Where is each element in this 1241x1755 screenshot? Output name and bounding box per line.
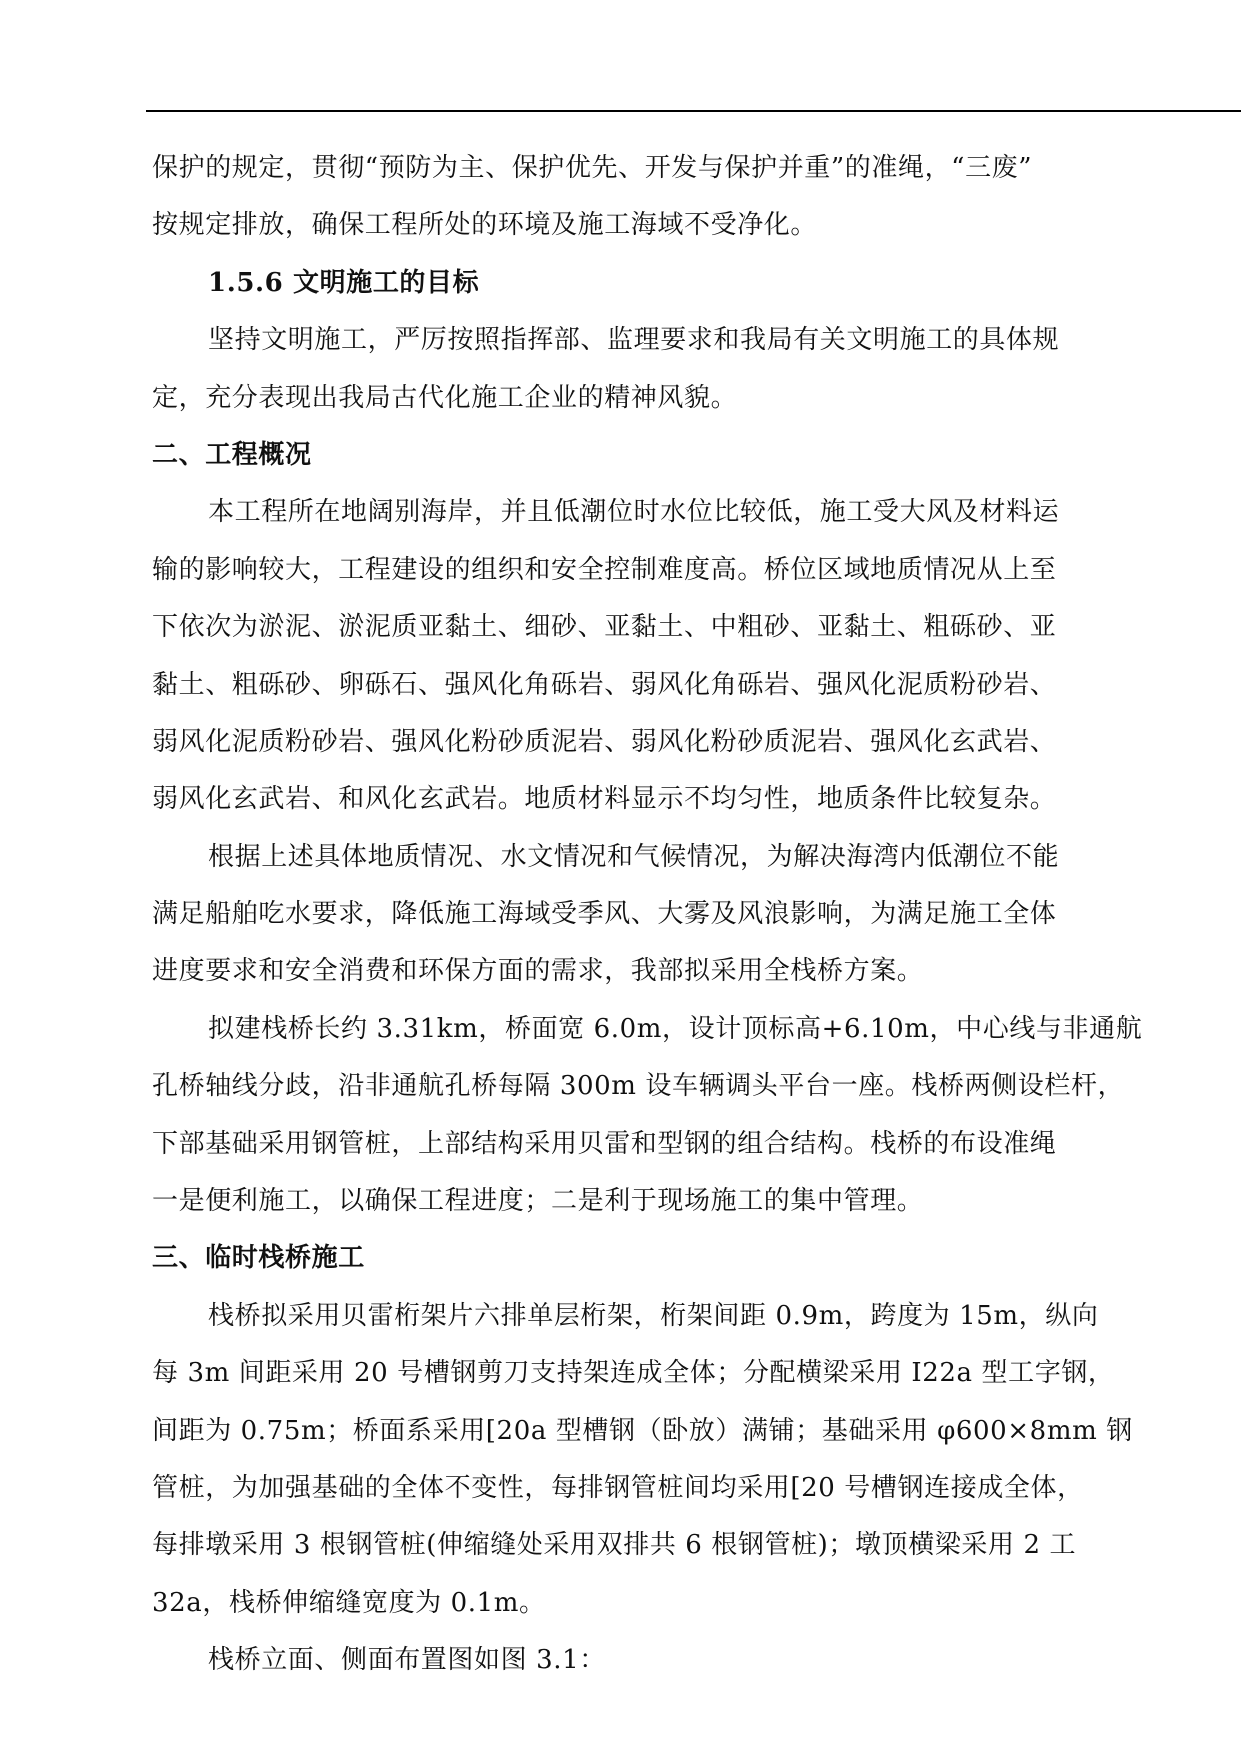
- figure-reference-line: 栈桥立面、侧面布置图如图 3.1：: [152, 1632, 1072, 1689]
- paragraph-line: 进度要求和安全消费和环保方面的需求，我部拟采用全栈桥方案。: [152, 943, 1072, 1000]
- section-heading-2: 二、工程概况: [152, 427, 1072, 484]
- paragraph-line: 每 3m 间距采用 20 号槽钢剪刀支持架连成全体；分配横梁采用 I22a 型工…: [152, 1345, 1072, 1402]
- section-heading-3: 三、临时栈桥施工: [152, 1230, 1072, 1287]
- paragraph-line: 黏土、粗砾砂、卵砾石、强风化角砾岩、弱风化角砾岩、强风化泥质粉砂岩、: [152, 657, 1072, 714]
- paragraph-line: 拟建栈桥长约 3.31km，桥面宽 6.0m，设计顶标高+6.10m，中心线与非…: [152, 1001, 1072, 1058]
- paragraph-line: 根据上述具体地质情况、水文情况和气候情况，为解决海湾内低潮位不能: [152, 829, 1072, 886]
- paragraph-line: 坚持文明施工，严厉按照指挥部、监理要求和我局有关文明施工的具体规: [152, 312, 1072, 369]
- paragraph-line: 间距为 0.75m；桥面系采用[20a 型槽钢（卧放）满铺；基础采用 φ600×…: [152, 1403, 1072, 1460]
- paragraph-line: 下依次为淤泥、淤泥质亚黏土、细砂、亚黏土、中粗砂、亚黏土、粗砾砂、亚: [152, 599, 1072, 656]
- paragraph-line: 保护的规定，贯彻“预防为主、保护优先、开发与保护并重”的准绳，“三废”: [152, 140, 1072, 197]
- paragraph-line: 每排墩采用 3 根钢管桩(伸缩缝处采用双排共 6 根钢管桩)；墩顶横梁采用 2 …: [152, 1517, 1072, 1574]
- header-rule: [146, 110, 1241, 112]
- paragraph-line: 本工程所在地阔别海岸，并且低潮位时水位比较低，施工受大风及材料运: [152, 484, 1072, 541]
- paragraph-line: 下部基础采用钢管桩，上部结构采用贝雷和型钢的组合结构。栈桥的布设准绳: [152, 1116, 1072, 1173]
- paragraph-line: 满足船舶吃水要求，降低施工海域受季风、大雾及风浪影响，为满足施工全体: [152, 886, 1072, 943]
- paragraph-line: 弱风化泥质粉砂岩、强风化粉砂质泥岩、弱风化粉砂质泥岩、强风化玄武岩、: [152, 714, 1072, 771]
- document-body: 保护的规定，贯彻“预防为主、保护优先、开发与保护并重”的准绳，“三废” 按规定排…: [152, 140, 1072, 1690]
- paragraph-line: 栈桥拟采用贝雷桁架片六排单层桁架，桁架间距 0.9m，跨度为 15m，纵向: [152, 1288, 1072, 1345]
- section-heading-1-5-6: 1.5.6 文明施工的目标: [152, 255, 1072, 312]
- paragraph-line: 按规定排放，确保工程所处的环境及施工海域不受净化。: [152, 197, 1072, 254]
- paragraph-line: 定，充分表现出我局古代化施工企业的精神风貌。: [152, 370, 1072, 427]
- paragraph-line: 弱风化玄武岩、和风化玄武岩。地质材料显示不均匀性，地质条件比较复杂。: [152, 771, 1072, 828]
- paragraph-line: 一是便利施工，以确保工程进度；二是利于现场施工的集中管理。: [152, 1173, 1072, 1230]
- paragraph-line: 管桩，为加强基础的全体不变性，每排钢管桩间均采用[20 号槽钢连接成全体，: [152, 1460, 1072, 1517]
- paragraph-line: 32a，栈桥伸缩缝宽度为 0.1m。: [152, 1575, 1072, 1632]
- paragraph-line: 孔桥轴线分歧，沿非通航孔桥每隔 300m 设车辆调头平台一座。栈桥两侧设栏杆，: [152, 1058, 1072, 1115]
- paragraph-line: 输的影响较大，工程建设的组织和安全控制难度高。桥位区域地质情况从上至: [152, 542, 1072, 599]
